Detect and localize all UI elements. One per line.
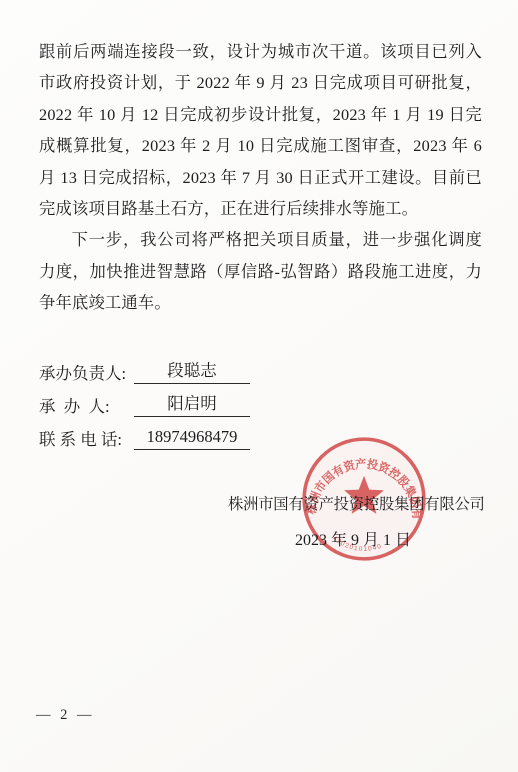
- handler-in-charge-value: 段聪志: [134, 360, 250, 384]
- body-paragraph-2: 下一步，我公司将严格把关项目质量，进一步强化调度力度，加快推进智慧路（厚信路-弘…: [39, 224, 482, 318]
- handler-label: 承 办 人:: [39, 393, 127, 417]
- signature-row-phone: 联 系 电 话: 18974968479: [39, 417, 250, 450]
- company-name: 株洲市国有资产投资控股集团有限公司: [228, 492, 478, 514]
- body-paragraph-1: 跟前后两端连接段一致，设计为城市次干道。该项目已列入市政府投资计划，于 2022…: [39, 36, 482, 224]
- scanned-document-page: 跟前后两端连接段一致，设计为城市次干道。该项目已列入市政府投资计划，于 2022…: [0, 0, 518, 772]
- signature-row-handler-in-charge: 承办负责人: 段聪志: [39, 351, 250, 384]
- signature-block: 承办负责人: 段聪志 承 办 人: 阳启明 联 系 电 话: 189749684…: [39, 351, 250, 450]
- handler-in-charge-label: 承办负责人:: [39, 360, 127, 384]
- contact-phone-value: 18974968479: [134, 426, 250, 450]
- document-body: 跟前后两端连接段一致，设计为城市次干道。该项目已列入市政府投资计划，于 2022…: [39, 36, 482, 319]
- signature-row-handler: 承 办 人: 阳启明: [39, 384, 250, 417]
- handler-value: 阳启明: [134, 393, 250, 417]
- contact-phone-label: 联 系 电 话:: [39, 426, 127, 450]
- document-date: 2023 年 9 月 1 日: [228, 527, 478, 550]
- page-number: — 2 —: [36, 707, 95, 724]
